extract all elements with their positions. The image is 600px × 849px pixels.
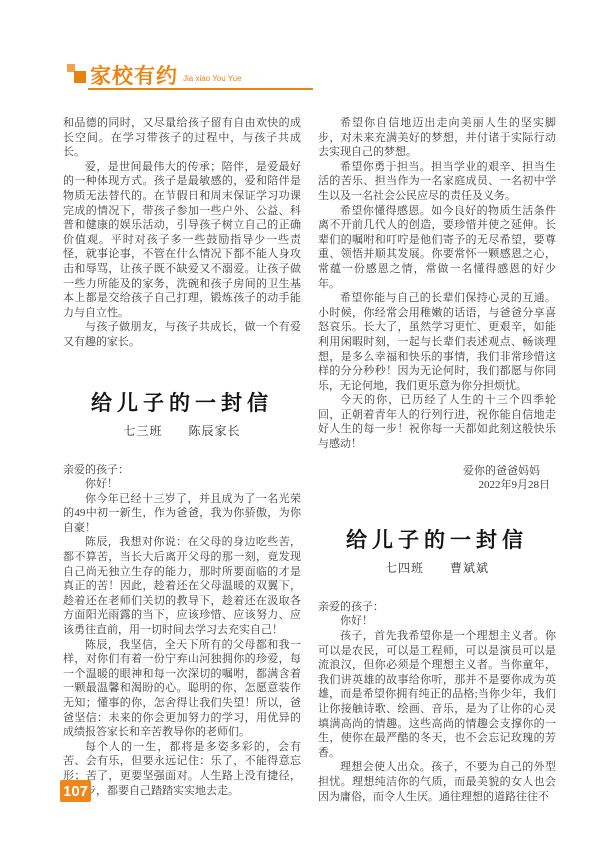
letter1-paragraph: 希望你自信地迈出走向美丽人生的坚实脚步，对未来充满美好的梦想，并付诸于实际行动去… <box>318 116 556 160</box>
letter2-paragraph: 孩子，首先我希望你是一个理想主义者。你可以是农民，可以是工程师，可以是演员可以是… <box>318 629 556 760</box>
letter2-salutation: 亲爱的孩子： <box>318 600 556 615</box>
letter1-paragraph: 希望你勇于担当。担当学业的艰辛、担当生活的苦乐、担当作为一名家庭成员、一名初中学… <box>318 160 556 204</box>
magazine-header: 家校有约 Jia xiao You Yue <box>63 60 323 94</box>
letter1-paragraph: 希望你懂得感恩。如今良好的物质生活条件离不开前几代人的创造，要珍惜并使之延伸。长… <box>318 204 556 292</box>
letter2-paragraph: 理想会使人出众。孩子，不要为自己的外型担忧。理想纯洁你的气质，而最美貌的女人也会… <box>318 760 556 804</box>
left-column: 和品德的同时，又尽量给孩子留有自由欢快的成长空间。在学习带孩子的过程中，与孩子共… <box>63 116 301 798</box>
letter1-paragraph: 每个人的一生，都将是多姿多彩的，会有苦、会有乐，但要永远记住：乐了，不能得意忘形… <box>63 740 301 798</box>
letter1-paragraph: 陈辰，我坚信，全天下所有的父母都和我一样，对你们有着一份宁弃山河独拥你的珍爱，每… <box>63 638 301 740</box>
letter2-byline: 七四班 曹斌斌 <box>318 561 556 576</box>
letter1-byline: 七三班 陈辰家长 <box>63 424 301 439</box>
letter1-paragraph: 你今年已经十三岁了，并且成为了一名光荣的49中初一新生，作为爸爸，我为你骄傲，为… <box>63 492 301 536</box>
letter2-greeting: 你好！ <box>318 614 556 629</box>
letter1-greeting: 你好！ <box>63 477 301 492</box>
letter1-paragraph: 今天的你，已历经了人生的十三个四季轮回，正朝着青年人的行列行进，祝你能自信地走好… <box>318 393 556 451</box>
magazine-section-title: 家校有约 <box>90 60 178 90</box>
logo-big-square-icon <box>74 71 86 83</box>
letter2-title: 给儿子的一封信 <box>318 527 556 553</box>
intro-paragraph: 和品德的同时，又尽量给孩子留有自由欢快的成长空间。在学习带孩子的过程中，与孩子共… <box>63 116 301 160</box>
letter1-date: 2022年9月28日 <box>318 478 556 493</box>
letter1-paragraph: 陈辰，我想对你说：在父母的身边吃些苦，都不算苦，当长大后离开父母的那一刻，竟发现… <box>63 535 301 637</box>
magazine-page: 家校有约 Jia xiao You Yue 和品德的同时，又尽量给孩子留有自由欢… <box>0 0 600 849</box>
page-number-badge: 107 <box>60 780 91 802</box>
letter1-paragraph: 希望你能与自己的长辈们保持心灵的互通。小时候，你经常会用稚嫩的话语，与爸爸分享喜… <box>318 291 556 393</box>
letter1-signature: 爱你的爸爸妈妈 <box>318 464 556 479</box>
letter1-title: 给儿子的一封信 <box>63 390 301 416</box>
header-underline <box>88 88 313 90</box>
intro-paragraph: 与孩子做朋友，与孩子共成长，做一个有爱又有趣的家长。 <box>63 320 301 349</box>
intro-paragraph: 爱，是世间最伟大的传承；陪伴，是爱最好的一种体现方式。孩子是最敏感的，爱和陪伴是… <box>63 160 301 321</box>
right-column: 希望你自信地迈出走向美丽人生的坚实脚步，对未来充满美好的梦想，并付诸于实际行动去… <box>318 116 556 804</box>
magazine-section-subtitle: Jia xiao You Yue <box>183 74 242 83</box>
letter1-salutation: 亲爱的孩子： <box>63 463 301 478</box>
